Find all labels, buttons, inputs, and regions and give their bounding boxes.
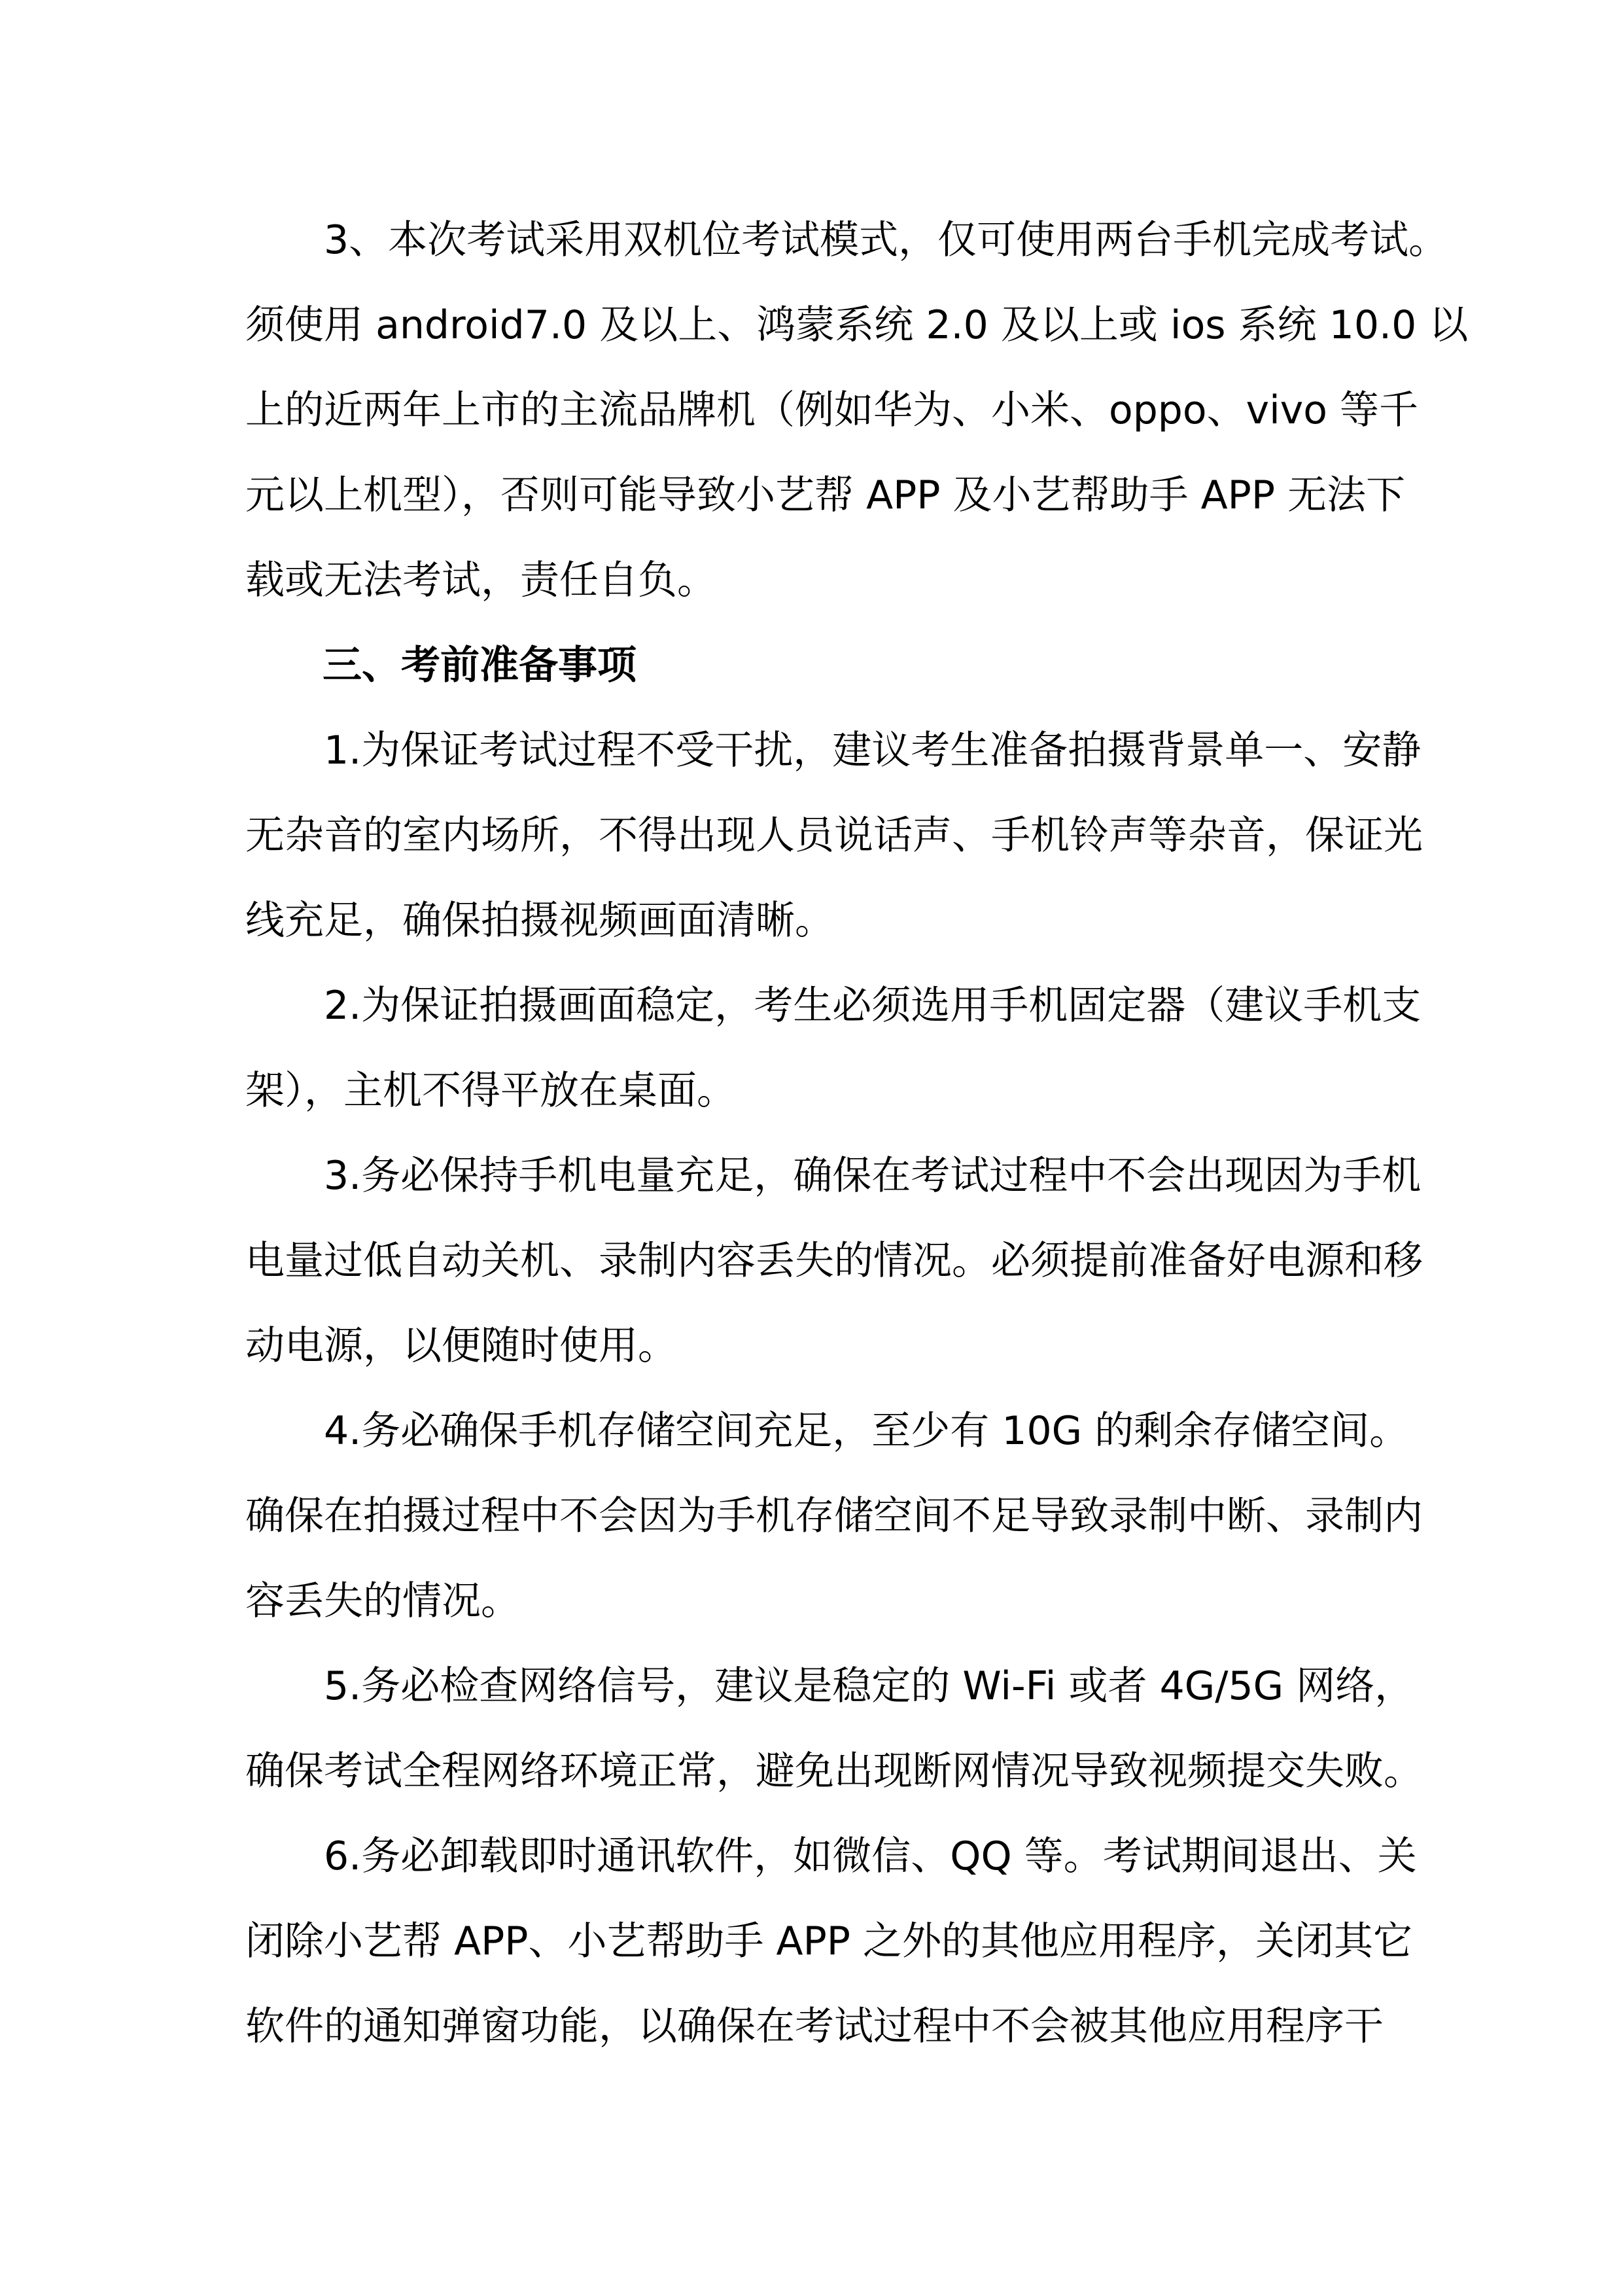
document-page: 3、本次考试采用双机位考试模式，仅可使用两台手机完成考试。 须使用 androi… (0, 0, 1623, 2296)
paragraph-item-3: 3.务必保持手机电量充足，确保在考试过程中不会出现因为手机 电量过低自动关机、录… (245, 1133, 1378, 1388)
section-heading-text: 三、考前准备事项 (245, 623, 1378, 708)
paragraph-item-2: 2.为保证拍摄画面稳定，考生必须选用手机固定器（建议手机支 架），主机不得平放在… (245, 963, 1378, 1133)
text-line: 元以上机型），否则可能导致小艺帮 APP 及小艺帮助手 APP 无法下 (245, 453, 1378, 538)
text-line: 1.为保证考试过程不受干扰，建议考生准备拍摄背景单一、安静 (245, 708, 1378, 793)
paragraph-item-6: 6.务必卸载即时通讯软件，如微信、QQ 等。考试期间退出、关 闭除小艺帮 APP… (245, 1814, 1378, 2069)
paragraph-item-4: 4.务必确保手机存储空间充足，至少有 10G 的剩余存储空间。 确保在拍摄过程中… (245, 1388, 1378, 1644)
text-line: 5.务必检查网络信号，建议是稳定的 Wi-Fi 或者 4G/5G 网络， (245, 1644, 1378, 1729)
text-line: 确保在拍摄过程中不会因为手机存储空间不足导致录制中断、录制内 (245, 1474, 1378, 1559)
text-line: 容丢失的情况。 (245, 1559, 1378, 1644)
text-line: 6.务必卸载即时通讯软件，如微信、QQ 等。考试期间退出、关 (245, 1814, 1378, 1899)
text-line: 4.务必确保手机存储空间充足，至少有 10G 的剩余存储空间。 (245, 1388, 1378, 1474)
text-line: 须使用 android7.0 及以上、鸿蒙系统 2.0 及以上或 ios 系统 … (245, 283, 1378, 368)
text-line: 无杂音的室内场所，不得出现人员说话声、手机铃声等杂音，保证光 (245, 793, 1378, 878)
text-line: 上的近两年上市的主流品牌机（例如华为、小米、oppo、vivo 等千 (245, 368, 1378, 453)
text-line: 3.务必保持手机电量充足，确保在考试过程中不会出现因为手机 (245, 1133, 1378, 1218)
document-body: 3、本次考试采用双机位考试模式，仅可使用两台手机完成考试。 须使用 androi… (245, 198, 1378, 2069)
text-line: 电量过低自动关机、录制内容丢失的情况。必须提前准备好电源和移 (245, 1218, 1378, 1303)
text-line: 动电源，以便随时使用。 (245, 1303, 1378, 1388)
paragraph-exam-mode: 3、本次考试采用双机位考试模式，仅可使用两台手机完成考试。 须使用 androi… (245, 198, 1378, 623)
text-line: 2.为保证拍摄画面稳定，考生必须选用手机固定器（建议手机支 (245, 963, 1378, 1048)
text-line: 确保考试全程网络环境正常，避免出现断网情况导致视频提交失败。 (245, 1729, 1378, 1814)
section-heading: 三、考前准备事项 (245, 623, 1378, 708)
text-line: 线充足，确保拍摄视频画面清晰。 (245, 878, 1378, 963)
text-line: 软件的通知弹窗功能，以确保在考试过程中不会被其他应用程序干 (245, 1984, 1378, 2069)
text-line: 载或无法考试，责任自负。 (245, 538, 1378, 623)
paragraph-item-1: 1.为保证考试过程不受干扰，建议考生准备拍摄背景单一、安静 无杂音的室内场所，不… (245, 708, 1378, 963)
text-line: 3、本次考试采用双机位考试模式，仅可使用两台手机完成考试。 (245, 198, 1378, 283)
paragraph-item-5: 5.务必检查网络信号，建议是稳定的 Wi-Fi 或者 4G/5G 网络， 确保考… (245, 1644, 1378, 1814)
text-line: 闭除小艺帮 APP、小艺帮助手 APP 之外的其他应用程序，关闭其它 (245, 1899, 1378, 1984)
text-line: 架），主机不得平放在桌面。 (245, 1048, 1378, 1133)
